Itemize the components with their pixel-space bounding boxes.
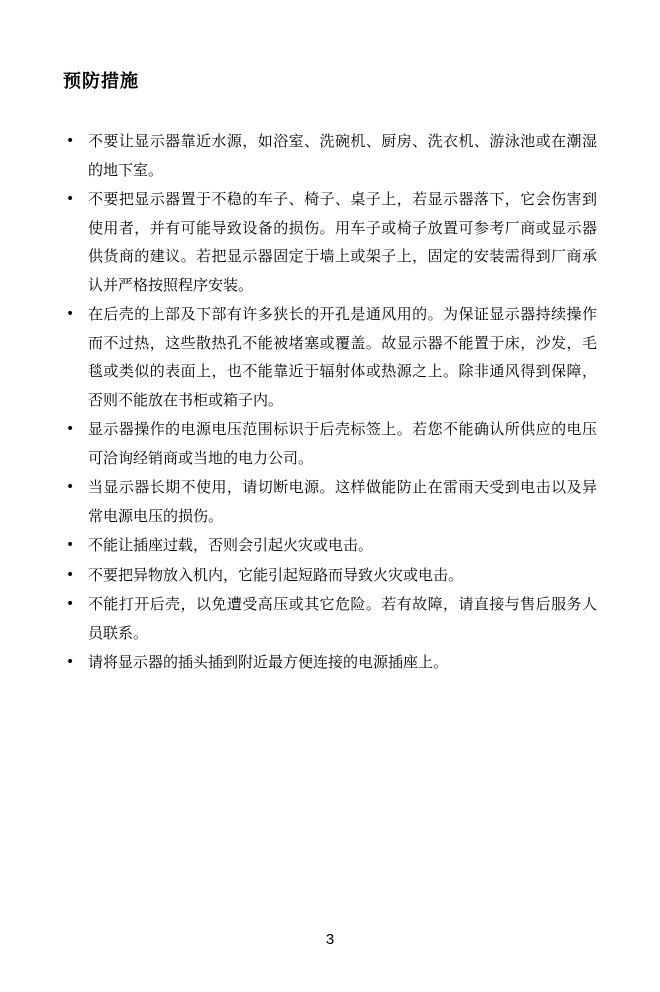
list-item: • 不要把异物放入机内，它能引起短路而导致火灾或电击。 xyxy=(63,562,597,591)
list-item: • 不要让显示器靠近水源，如浴室、洗碗机、厨房、洗衣机、游泳池或在潮湿的地下室。 xyxy=(63,128,597,185)
bullet-icon: • xyxy=(66,185,74,214)
list-item: • 不要把显示器置于不稳的车子、椅子、桌子上，若显示器落下，它会伤害到使用者，并… xyxy=(63,186,597,300)
list-item: • 不能打开后壳，以免遭受高压或其它危险。若有故障，请直接与售后服务人员联系。 xyxy=(63,591,597,648)
list-item: • 显示器操作的电源电压范围标识于后壳标签上。若您不能确认所供应的电压可洽询经销… xyxy=(63,416,597,473)
precaution-text: 不能让插座过载，否则会引起火灾或电击。 xyxy=(88,538,373,554)
list-item: • 不能让插座过载，否则会引起火灾或电击。 xyxy=(63,532,597,561)
precaution-text: 请将显示器的插头插到附近最方便连接的电源插座上。 xyxy=(88,655,448,671)
list-item: • 当显示器长期不使用，请切断电源。这样做能防止在雷雨天受到电击以及异常电源电压… xyxy=(63,474,597,531)
precaution-text: 在后壳的上部及下部有许多狭长的开孔是通风用的。为保证显示器持续操作而不过热，这些… xyxy=(88,307,597,409)
precaution-text: 不能打开后壳，以免遭受高压或其它危险。若有故障，请直接与售后服务人员联系。 xyxy=(88,597,597,642)
bullet-icon: • xyxy=(66,415,74,444)
document-page: 预防措施 • 不要让显示器靠近水源，如浴室、洗碗机、厨房、洗衣机、游泳池或在潮湿… xyxy=(0,0,660,992)
page-number: 3 xyxy=(0,931,660,948)
precaution-text: 当显示器长期不使用，请切断电源。这样做能防止在雷雨天受到电击以及异常电源电压的损… xyxy=(88,480,597,525)
precaution-text: 不要把异物放入机内，它能引起短路而导致火灾或电击。 xyxy=(88,568,463,584)
bullet-icon: • xyxy=(66,473,74,502)
precautions-list: • 不要让显示器靠近水源，如浴室、洗碗机、厨房、洗衣机、游泳池或在潮湿的地下室。… xyxy=(63,128,597,678)
list-item: • 请将显示器的插头插到附近最方便连接的电源插座上。 xyxy=(63,649,597,678)
bullet-icon: • xyxy=(66,648,74,677)
precaution-text: 显示器操作的电源电压范围标识于后壳标签上。若您不能确认所供应的电压可洽询经销商或… xyxy=(88,422,597,467)
bullet-icon: • xyxy=(66,531,74,560)
page-title: 预防措施 xyxy=(63,70,597,92)
precaution-text: 不要把显示器置于不稳的车子、椅子、桌子上，若显示器落下，它会伤害到使用者，并有可… xyxy=(88,192,597,294)
bullet-icon: • xyxy=(66,590,74,619)
bullet-icon: • xyxy=(66,561,74,590)
bullet-icon: • xyxy=(66,127,74,156)
precaution-text: 不要让显示器靠近水源，如浴室、洗碗机、厨房、洗衣机、游泳池或在潮湿的地下室。 xyxy=(88,134,597,179)
list-item: • 在后壳的上部及下部有许多狭长的开孔是通风用的。为保证显示器持续操作而不过热，… xyxy=(63,301,597,415)
bullet-icon: • xyxy=(66,300,74,329)
